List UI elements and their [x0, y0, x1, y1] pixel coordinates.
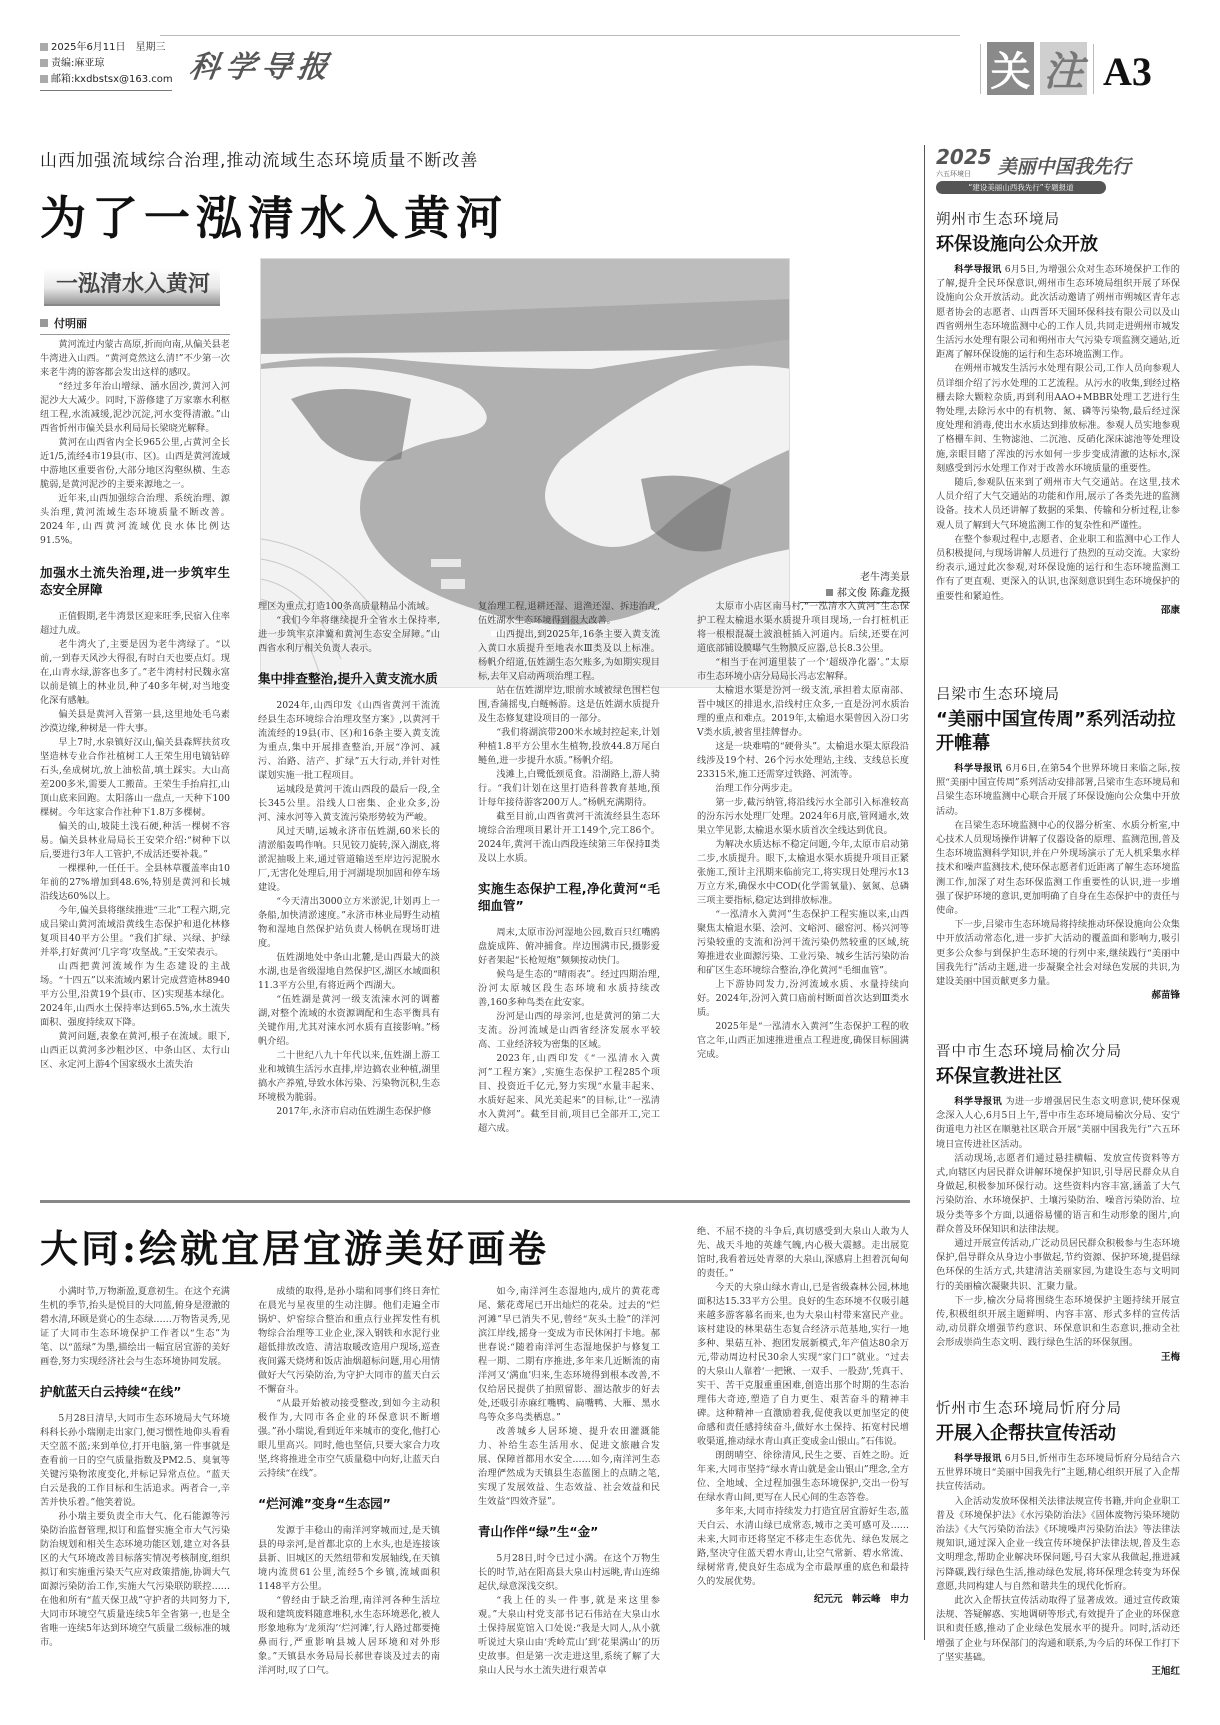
section-divider	[40, 1200, 910, 1203]
section-label: 关 注	[980, 42, 1094, 95]
story-agency: 朔州市生态环境局	[936, 208, 1180, 229]
datong-col-2: 成绩的取得,是孙小瑞和同事们终日奔忙在晨光与星夜里的生动注脚。他们走遍全市锅炉、…	[258, 1285, 440, 1678]
story-agency: 忻州市生态环境局忻府分局	[936, 1397, 1180, 1418]
campaign-logo: 2025 六五环境日 美丽中国我先行 “建设美丽山西我先行”专题报道	[936, 145, 1176, 194]
issue-meta: 2025年6月11日 星期三 责编:麻亚琼 邮箱:kxdbstsx@163.co…	[40, 40, 172, 91]
byline: 付明丽	[40, 315, 230, 335]
campaign-year: 2025	[936, 145, 992, 169]
story-title: 环保设施向公众开放	[936, 233, 1180, 257]
section-heading: 加强水土流失治理,进一步筑牢生态安全屏障	[40, 564, 230, 598]
sidebar-story-2: 吕梁市生态环境局 “美丽中国宣传周”系列活动拉开帷幕 科学导报讯 6月6日,在第…	[936, 683, 1180, 1003]
square-bullet-icon	[826, 589, 833, 596]
campaign-pill: “建设美丽山西我先行”专题报道	[936, 181, 1106, 194]
divider	[980, 44, 981, 94]
story-agency: 晋中市生态环境局榆次分局	[936, 1040, 1180, 1061]
section-char-1: 关	[987, 42, 1034, 95]
datong-col-4: 绝、不屈不挠的斗争后,真切感受到大泉山人敢为人先、战天斗地的英雄气魄,内心极大震…	[697, 1225, 909, 1607]
sidebar-story-1: 朔州市生态环境局 环保设施向公众开放 科学导报讯 6月5日,为增强公众对生态环境…	[936, 208, 1180, 618]
datong-col-3: 如今,南洋河生态湿地内,成片的黄花鸢尾、紫花鸢尾已开出灿烂的花朵。过去的“烂河滩…	[478, 1285, 660, 1678]
author-signature: 王旭红	[936, 1665, 1180, 1679]
campaign-day: 六五环境日	[936, 169, 992, 179]
story-title: 环保宣教进社区	[936, 1065, 1180, 1089]
story-body: 科学导报讯 为进一步增强居民生态文明意识,使环保观念深入人心,6月5日上午,晋中…	[936, 1095, 1180, 1365]
author-signature: 邵康	[936, 604, 1180, 618]
story-agency: 吕梁市生态环境局	[936, 683, 1180, 704]
article-subtitle: 山西加强流域综合治理,推动流域生态环境质量不断改善	[40, 146, 478, 171]
topic-banner: 一泓清水入黄河	[44, 268, 220, 306]
square-bullet-icon	[40, 75, 48, 83]
campaign-slogan: 美丽中国我先行	[998, 152, 1131, 179]
header-rule	[160, 35, 960, 36]
section-heading: 集中排查整治,提升入黄支流水质	[258, 670, 440, 687]
issue-date: 2025年6月11日 星期三	[40, 40, 172, 56]
section-heading: 实施生态保护工程,净化黄河“毛细血管”	[478, 880, 660, 914]
sidebar-story-4: 忻州市生态环境局忻府分局 开展入企帮扶宣传活动 科学导报讯 6月5日,忻州市生态…	[936, 1397, 1180, 1679]
article-headline: 为了一泓清水入黄河	[40, 182, 508, 248]
main-col-4: 太原市小店区南马村,“一泓清水入黄河”生态保护工程太榆退水渠水质提升项目现场,一…	[697, 600, 909, 1062]
main-col-1: 黄河流过内蒙古高原,折而向南,从偏关县老牛湾进入山西。“黄河竟然这么清!”不少第…	[40, 338, 230, 1072]
story-body: 科学导报讯 6月5日,忻州市生态环境局忻府分局结合六五世界环境日“美丽中国我先行…	[936, 1452, 1180, 1679]
square-bullet-icon	[40, 59, 48, 67]
photo-caption: 老牛湾美景 郝文俊 陈鑫龙摄	[800, 570, 910, 603]
issue-email[interactable]: 邮箱:kxdbstsx@163.com	[40, 72, 172, 88]
section-char-2: 注	[1040, 42, 1087, 95]
story-body: 科学导报讯 6月5日,为增强公众对生态环境保护工作的了解,提升全民环保意识,朔州…	[936, 263, 1180, 618]
main-col-2: 理区为重点,打造100条高质量精品小流域。 “我们今年将继续提升全省水土保持率,…	[258, 600, 440, 1119]
datong-headline: 大同:绘就宜居宜游美好画卷	[40, 1218, 549, 1273]
story-title: “美丽中国宣传周”系列活动拉开帷幕	[936, 708, 1180, 756]
section-heading: 护航蓝天白云持续“在线”	[40, 1383, 230, 1400]
story-body: 科学导报讯 6月6日,在第54个世界环境日来临之际,按照“美丽中国宣传周”系列活…	[936, 762, 1180, 1003]
sidebar-rule	[924, 145, 925, 1640]
divider	[1093, 44, 1094, 94]
section-heading: 青山作伴“绿”生“金”	[478, 1523, 660, 1540]
section-heading: “烂河滩”变身“生态园”	[258, 1495, 440, 1512]
datong-col-1: 小满时节,万物渐盈,夏意初生。在这个充满生机的季节,抬头是悦目的大同蓝,俯身是澄…	[40, 1285, 230, 1650]
page-number: A3	[1103, 48, 1152, 95]
author-signature: 王梅	[936, 1351, 1180, 1365]
author-signature: 郝苗锋	[936, 989, 1180, 1003]
square-bullet-icon	[40, 43, 48, 51]
sidebar-story-3: 晋中市生态环境局榆次分局 环保宣教进社区 科学导报讯 为进一步增强居民生态文明意…	[936, 1040, 1180, 1365]
newspaper-masthead: 科学导报	[187, 42, 337, 86]
story-title: 开展入企帮扶宣传活动	[936, 1422, 1180, 1446]
author-signature: 纪元元 韩云峰 申力	[697, 1593, 909, 1607]
issue-editor: 责编:麻亚琼	[40, 56, 172, 72]
square-bullet-icon	[40, 319, 48, 327]
main-col-3: 复治理工程,退耕还湿、退渔还湿、拆违治乱,伍姓湖水生态环境得到很大改善。 山西提…	[478, 600, 660, 1136]
